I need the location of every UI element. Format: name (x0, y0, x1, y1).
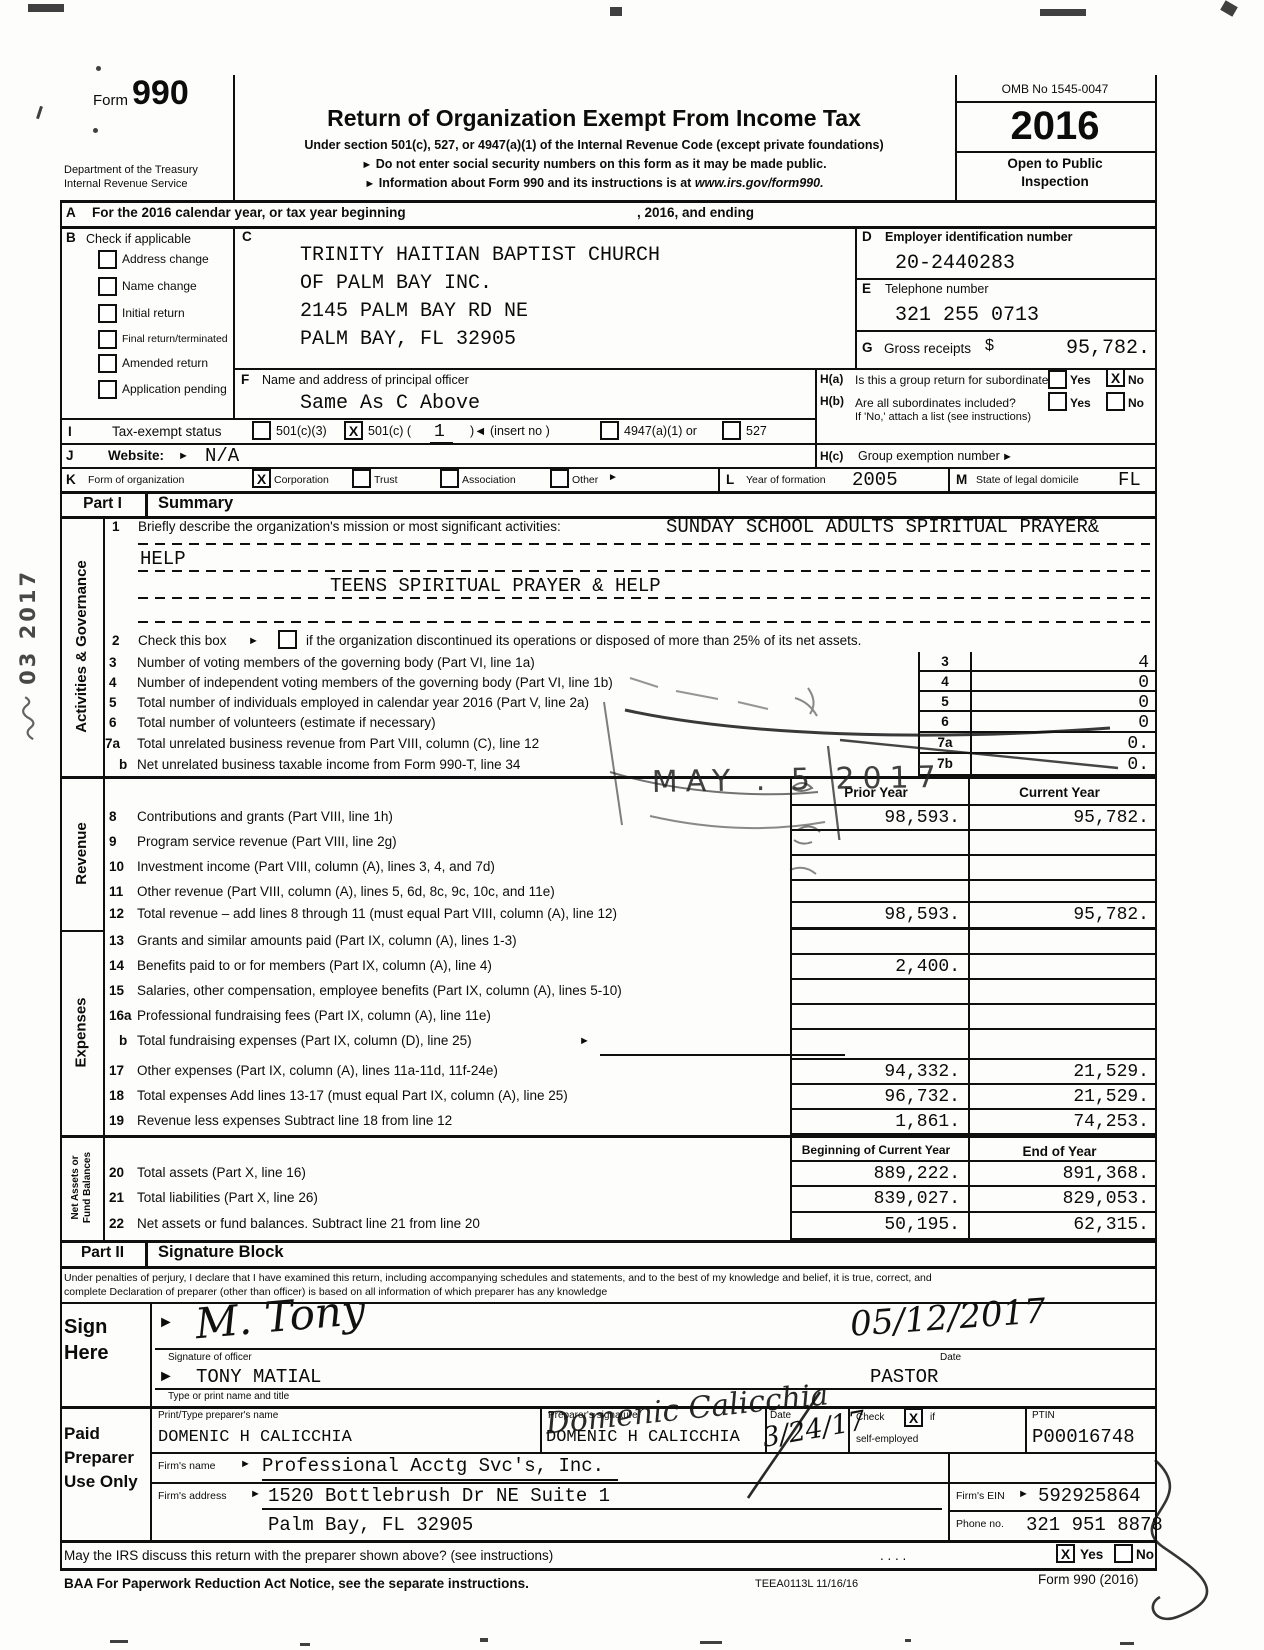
prior-value: 98,593. (790, 903, 968, 930)
row-text: Total assets (Part X, line 16) (137, 1165, 306, 1180)
label-527: 527 (746, 424, 767, 439)
row-text: Total number of individuals employed in … (137, 695, 589, 710)
firm-name-label: Firm's name (158, 1460, 215, 1472)
line-j-title: Website: (108, 448, 164, 464)
side-expenses-text: Expenses (73, 997, 90, 1067)
summary-row-18: 18 Total expenses Add lines 13-17 (must … (103, 1085, 1157, 1110)
part1-label-cell: Part I (60, 491, 148, 516)
scan-artifact (93, 128, 98, 133)
sign-word: Sign (64, 1316, 107, 1339)
perjury-line1: Under penalties of perjury, I declare th… (64, 1272, 932, 1284)
row-text: Other expenses (Part IX, column (A), lin… (137, 1063, 498, 1078)
scan-artifact (905, 1639, 911, 1642)
arrow-icon: ► (1018, 1488, 1029, 1500)
row-num: 14 (109, 958, 124, 973)
checkbox-other (550, 469, 569, 488)
current-value (968, 881, 1157, 903)
ptin-value: P00016748 (1032, 1426, 1135, 1448)
row-text: Net unrelated business taxable income fr… (137, 757, 520, 772)
summary-row-11: 11 Other revenue (Part VIII, column (A),… (103, 881, 1157, 903)
hb-yes-checkbox (1048, 392, 1067, 411)
discuss-yes-checkbox: X (1056, 1544, 1075, 1563)
checkbox-corporation: X (252, 469, 271, 488)
prep-col-divider1 (540, 1406, 542, 1452)
c-f-divider (233, 368, 1157, 370)
line-m-title: State of legal domicile (976, 474, 1079, 486)
prior-value: 94,332. (790, 1060, 968, 1085)
beginning-value: 889,222. (790, 1162, 968, 1187)
mission-dash1 (138, 543, 1150, 545)
hc-label: H(c) (820, 449, 843, 463)
form-instruction2: ► Information about Form 990 and its ins… (233, 176, 955, 190)
scan-artifact (1040, 9, 1086, 16)
officer-name-line (155, 1388, 1155, 1390)
firm-address-line2: Palm Bay, FL 32905 (268, 1514, 473, 1536)
side-revenue-text: Revenue (73, 822, 90, 885)
hb-text: Are all subordinates included? (855, 396, 1016, 410)
officer-date-handwritten: 05/12/2017 (849, 1291, 1047, 1345)
paid-word: Paid (64, 1424, 100, 1444)
side-governance-text: Activities & Governance (73, 560, 90, 733)
d-e-divider (855, 278, 1157, 280)
prep-right-divider (948, 1452, 950, 1540)
stamp-scribble (19, 695, 39, 741)
if-label: if (930, 1412, 935, 1424)
received-stamp: MAY . 5 2017 (590, 640, 1170, 840)
checkbox-4947 (600, 421, 619, 440)
prior-value (790, 980, 968, 1005)
row-num: 6 (109, 715, 117, 730)
side-label-revenue: Revenue (60, 776, 103, 930)
line-a-ending: , 2016, and ending (637, 205, 754, 221)
row-text: Grants and similar amounts paid (Part IX… (137, 933, 517, 948)
discuss-dots: . . . . (880, 1548, 906, 1564)
omb-number: OMB No 1545-0047 (955, 82, 1155, 96)
prior-value (790, 1030, 968, 1060)
year-of-formation: 2005 (852, 469, 898, 491)
instruction2-text: Information about Form 990 and its instr… (379, 176, 695, 190)
line-k-title: Form of organization (88, 474, 184, 486)
box-c-label: C (242, 229, 252, 245)
prior-value: 2,400. (790, 955, 968, 980)
current-value (968, 955, 1157, 980)
label-initial-return: Initial return (122, 306, 185, 320)
end-value: 829,053. (968, 1187, 1157, 1213)
stamp-remnant-marks (780, 770, 870, 890)
phone-value: 321 255 0713 (895, 304, 1039, 327)
label-address-change: Address change (122, 252, 209, 266)
summary-row-22: 22 Net assets or fund balances. Subtract… (103, 1213, 1157, 1240)
discuss-top-line (60, 1540, 1157, 1543)
part1-label: Part I (83, 495, 122, 513)
arrow-icon: ► (158, 1368, 174, 1386)
row-text: Other revenue (Part VIII, column (A), li… (137, 884, 555, 899)
checkbox-501c3 (252, 421, 271, 440)
summary-row-20: 20 Total assets (Part X, line 16) 889,22… (103, 1162, 1157, 1187)
part2-title: Signature Block (158, 1243, 284, 1262)
current-value (968, 1005, 1157, 1030)
phone-label: Phone no. (956, 1518, 1004, 1530)
part2-label: Part II (81, 1244, 124, 1262)
summary-row-14: 14 Benefits paid to or for members (Part… (103, 955, 1157, 980)
line-k-label: K (66, 472, 76, 488)
row-num: 19 (109, 1113, 124, 1128)
row-text: Benefits paid to or for members (Part IX… (137, 958, 492, 973)
row-num: 15 (109, 983, 124, 998)
irs-url: www.irs.gov/form990. (695, 176, 824, 190)
k-l-divider (718, 467, 720, 491)
summary-row-15: 15 Salaries, other compensation, employe… (103, 980, 1157, 1005)
hb-no-checkbox (1106, 392, 1125, 411)
label-trust: Trust (374, 474, 398, 486)
self-employed-checkbox: X (904, 1408, 923, 1427)
row-num: 20 (109, 1165, 124, 1180)
row-num: b (119, 1033, 127, 1048)
scan-artifact (300, 1643, 310, 1646)
self-employed-mark: X (909, 1410, 918, 1426)
row-text: Net assets or fund balances. Subtract li… (137, 1216, 480, 1231)
line-l-label: L (726, 472, 734, 488)
org-city-state-zip: PALM BAY, FL 32905 (300, 328, 516, 351)
checkbox-discontinued (278, 630, 297, 649)
line1-num: 1 (112, 519, 120, 535)
discuss-text: May the IRS discuss this return with the… (64, 1548, 553, 1564)
label-amended-return: Amended return (122, 356, 208, 370)
form-990-page: Form 990 Department of the Treasury Inte… (0, 0, 1264, 1650)
mission-line1: SUNDAY SCHOOL ADULTS SPIRITUAL PRAYER& (666, 516, 1099, 538)
ha-yes-label: Yes (1070, 373, 1091, 387)
preparer-left-divider (150, 1406, 152, 1540)
line-i-title: Tax-exempt status (112, 424, 222, 440)
row-num: 3 (109, 655, 117, 670)
prior-value: 96,732. (790, 1085, 968, 1110)
scan-artifact (610, 7, 622, 16)
gross-receipts-value: 95,782. (1010, 337, 1150, 360)
row-text: Total revenue – add lines 8 through 11 (… (137, 906, 617, 921)
e-g-divider (855, 330, 1157, 332)
side-label-expenses: Expenses (60, 930, 103, 1135)
f-i-divider (60, 418, 817, 420)
left-date-stamp: 03 2017 (2, 540, 54, 770)
cd-divider (855, 226, 857, 368)
ha-no-checkbox: X (1106, 368, 1125, 387)
row-text: Total liabilities (Part X, line 26) (137, 1190, 318, 1205)
row-text: Total fundraising expenses (Part IX, col… (137, 1033, 472, 1048)
box-d-title: Employer identification number (885, 230, 1073, 245)
checkbox-527 (722, 421, 741, 440)
side-net-line2: Fund Balances (82, 1152, 93, 1223)
discuss-bottom-line (60, 1568, 1157, 1571)
beginning-value: 839,027. (790, 1187, 968, 1213)
label-final-return: Final return/terminated (122, 333, 228, 345)
row-num: 22 (109, 1216, 124, 1231)
row-text: Number of independent voting members of … (137, 675, 613, 690)
hb-no-label: No (1128, 396, 1144, 410)
org-name-line2: OF PALM BAY INC. (300, 272, 492, 295)
j-k-divider (60, 467, 1157, 469)
line-j-label: J (66, 448, 74, 464)
line2-pre: Check this box (138, 633, 227, 649)
side-net-line1: Net Assets or (70, 1155, 81, 1219)
row-num: 18 (109, 1088, 124, 1103)
checkbox-amended-return (98, 354, 117, 373)
box-b-title: Check if applicable (86, 232, 191, 247)
row-num: 9 (109, 834, 117, 849)
preparer-signature-slash (700, 1390, 880, 1500)
firm-name-value: Professional Acctg Svc's, Inc. (262, 1455, 618, 1481)
state-of-domicile: FL (1118, 469, 1141, 491)
summary-row-16b: b Total fundraising expenses (Part IX, c… (103, 1030, 1157, 1060)
arrow-icon: ► (248, 635, 259, 647)
prior-value (790, 1005, 968, 1030)
ha-text: Is this a group return for subordinates? (855, 373, 1061, 387)
box-d-label: D (862, 229, 872, 245)
mission-line2: HELP (140, 548, 186, 570)
line-a-text: For the 2016 calendar year, or tax year … (92, 205, 406, 221)
scan-artifact (28, 4, 64, 12)
current-value: 95,782. (968, 903, 1157, 930)
current-value (968, 856, 1157, 881)
label-name-change: Name change (122, 279, 197, 293)
scan-artifact (480, 1638, 488, 1642)
scan-artifact (110, 1640, 128, 1643)
prep-col-divider4 (1025, 1406, 1027, 1452)
corner-handwriting-squiggle (1085, 1455, 1260, 1630)
form-subtitle: Under section 501(c), 527, or 4947(a)(1)… (233, 138, 955, 152)
row-num: 5 (109, 695, 117, 710)
l-m-divider (948, 467, 950, 491)
inspection: Inspection (955, 174, 1155, 190)
checkbox-trust (352, 469, 371, 488)
prior-value (790, 930, 968, 955)
part2-label-cell: Part II (60, 1240, 148, 1266)
form-word: Form (93, 92, 128, 110)
scan-artifact (36, 106, 43, 119)
dept-line2: Internal Revenue Service (64, 178, 188, 191)
label-4947: 4947(a)(1) or (624, 424, 697, 439)
ptin-label: PTIN (1032, 1410, 1055, 1422)
arrow-icon: ► (158, 1314, 174, 1332)
officer-name: TONY MATIAL (196, 1366, 321, 1388)
ha-yes-checkbox (1048, 370, 1067, 389)
current-value: 21,529. (968, 1060, 1157, 1085)
box-g-title: Gross receipts (884, 341, 971, 357)
line-l-title: Year of formation (746, 474, 826, 486)
firm-address-label: Firm's address (158, 1490, 227, 1502)
row-text: Program service revenue (Part VIII, line… (137, 834, 397, 849)
end-value: 891,368. (968, 1162, 1157, 1187)
label-association: Association (462, 474, 516, 486)
arrow-icon: ► (240, 1458, 251, 1470)
open-to-public: Open to Public (955, 156, 1155, 172)
row-num: 12 (109, 906, 124, 921)
row-num: 16a (109, 1008, 132, 1023)
left-stamp-date: 03 2017 (16, 569, 40, 685)
row-text: Revenue less expenses Subtract line 18 f… (137, 1113, 452, 1128)
box-e-label: E (862, 281, 871, 297)
row-text: Investment income (Part VIII, column (A)… (137, 859, 495, 874)
hb-yes-label: Yes (1070, 396, 1091, 410)
checkbox-name-change (98, 277, 117, 296)
baa-notice: BAA For Paperwork Reduction Act Notice, … (64, 1576, 529, 1592)
prep-row1-line (150, 1452, 1157, 1454)
beginning-header: Beginning of Current Year (790, 1138, 968, 1162)
hb-note: If 'No,' attach a list (see instructions… (855, 411, 1031, 424)
omb-divider (955, 101, 1157, 103)
mission-dash4 (138, 621, 1150, 623)
summary-row-10: 10 Investment income (Part VIII, column … (103, 856, 1157, 881)
revenue-expense-strip-divider (60, 930, 103, 932)
row-text: Contributions and grants (Part VIII, lin… (137, 809, 393, 824)
firm-address-line1: 1520 Bottlebrush Dr NE Suite 1 (268, 1485, 610, 1507)
box-g-label: G (862, 340, 873, 356)
dept-line1: Department of the Treasury (64, 164, 198, 177)
arrow-icon: ► (364, 178, 375, 190)
side-label-net-assets: Net Assets or Fund Balances (60, 1135, 103, 1240)
line-i-label: I (68, 424, 72, 440)
mission-line3: TEENS SPIRITUAL PRAYER & HELP (330, 575, 661, 597)
current-value: 21,529. (968, 1085, 1157, 1110)
type-print-label: Type or print name and title (168, 1391, 289, 1403)
ha-no-label: No (1128, 373, 1144, 387)
firm-address-underline (262, 1508, 942, 1510)
end-of-year-header: End of Year (968, 1138, 1157, 1162)
box-e-title: Telephone number (885, 282, 989, 297)
row-num: 8 (109, 809, 117, 824)
preparer-word: Preparer (64, 1448, 134, 1468)
box-b-label: B (66, 230, 76, 246)
summary-row-17: 17 Other expenses (Part IX, column (A), … (103, 1060, 1157, 1085)
form-year: 2016 (955, 104, 1155, 149)
use-only-word: Use Only (64, 1472, 138, 1492)
line-a-bottom (60, 226, 1157, 229)
year-divider (955, 151, 1157, 153)
row-text: Professional fundraising fees (Part IX, … (137, 1008, 491, 1023)
left-stamp-text: 03 2017 (16, 569, 40, 741)
instruction1-text: Do not enter social security numbers on … (376, 157, 827, 171)
hb-label: H(b) (820, 394, 844, 408)
summary-row-12: 12 Total revenue – add lines 8 through 1… (103, 903, 1157, 930)
form-number: 990 (132, 74, 189, 113)
ha-no-mark: X (1111, 370, 1120, 386)
line2-num: 2 (112, 633, 120, 649)
summary-row-21: 21 Total liabilities (Part X, line 26) 8… (103, 1187, 1157, 1213)
scan-artifact (1220, 0, 1238, 17)
label-other: Other (572, 474, 598, 486)
here-word: Here (64, 1342, 108, 1365)
row-num: 7a (105, 736, 120, 751)
summary-row-13: 13 Grants and similar amounts paid (Part… (103, 930, 1157, 955)
teea-code: TEEA0113L 11/16/16 (755, 1578, 858, 1591)
scan-artifact (1120, 1642, 1134, 1645)
part2-bottom-line (60, 1266, 1157, 1269)
row-num: b (119, 757, 127, 772)
arrow-icon: ► (250, 1488, 261, 1500)
current-value (968, 930, 1157, 955)
scan-artifact (96, 66, 101, 71)
box-f-title: Name and address of principal officer (262, 373, 469, 388)
checkbox-address-change (98, 250, 117, 269)
part1-title: Summary (158, 494, 233, 513)
signature-of-officer-label: Signature of officer (168, 1352, 252, 1364)
row-num: 10 (109, 859, 124, 874)
current-value (968, 980, 1157, 1005)
line-a-label: A (66, 205, 76, 221)
preparer-name: DOMENIC H CALICCHIA (158, 1428, 352, 1447)
box-f-label: F (241, 372, 249, 388)
label-corporation: Corporation (274, 474, 329, 486)
prior-value: 1,861. (790, 1110, 968, 1135)
insert-number: 1 (430, 422, 453, 444)
side-label-governance: Activities & Governance (60, 516, 103, 776)
arrow-icon: ► (361, 159, 372, 171)
side-net-text: Net Assets or Fund Balances (70, 1152, 93, 1223)
prep-row2-line (150, 1482, 1157, 1484)
mission-dash2 (138, 570, 1150, 572)
mark-501c: X (349, 423, 358, 439)
row-num: 17 (109, 1063, 124, 1078)
arrow-icon: ► (579, 1035, 590, 1047)
checkbox-association (440, 469, 459, 488)
row-num: 4 (109, 675, 117, 690)
checkbox-501c: X (344, 421, 363, 440)
org-name-line1: TRINITY HAITIAN BAPTIST CHURCH (300, 244, 660, 267)
header-bottom-line (60, 200, 1157, 203)
row-num: 21 (109, 1190, 124, 1205)
arrow-icon: ► (1002, 451, 1013, 463)
balance-columns-header: Beginning of Current Year End of Year (103, 1138, 1157, 1162)
line-m-label: M (956, 472, 967, 488)
preparer-name-label: Print/Type preparer's name (158, 1410, 278, 1422)
checkbox-application-pending (98, 380, 117, 399)
current-value (968, 1030, 1157, 1060)
mission-dash3 (138, 597, 1150, 599)
dollar-sign: $ (985, 337, 994, 356)
current-value: 74,253. (968, 1110, 1157, 1135)
row-text: Salaries, other compensation, employee b… (137, 983, 622, 998)
line1-text: Briefly describe the organization's miss… (138, 519, 561, 535)
sign-left-divider (150, 1302, 152, 1406)
end-value: 62,315. (968, 1213, 1157, 1240)
officer-sig-line (155, 1348, 1155, 1350)
beginning-value: 50,195. (790, 1213, 968, 1240)
row-text: Total unrelated business revenue from Pa… (137, 736, 539, 751)
firm-ein-label: Firm's EIN (956, 1490, 1005, 1502)
website-value: N/A (205, 445, 239, 467)
ein-value: 20-2440283 (895, 252, 1015, 275)
row-num: 13 (109, 933, 124, 948)
principal-officer-value: Same As C Above (300, 392, 480, 415)
summary-row-16a: 16a Professional fundraising fees (Part … (103, 1005, 1157, 1030)
label-application-pending: Application pending (122, 382, 227, 396)
org-street: 2145 PALM BAY RD NE (300, 300, 528, 323)
checkbox-final-return (98, 330, 117, 349)
bc-divider (233, 226, 235, 418)
form-instruction1: ► Do not enter social security numbers o… (233, 157, 955, 171)
label-501c: 501(c) ( (368, 424, 411, 439)
form-title: Return of Organization Exempt From Incom… (233, 105, 955, 132)
row-text: Number of voting members of the governin… (137, 655, 535, 670)
officer-title: PASTOR (870, 1366, 938, 1388)
summary-row-19: 19 Revenue less expenses Subtract line 1… (103, 1110, 1157, 1135)
row-text: Total expenses Add lines 13-17 (must equ… (137, 1088, 568, 1103)
row-text: Total number of volunteers (estimate if … (137, 715, 436, 730)
j-h-divider (815, 443, 817, 467)
arrow-icon: ► (178, 450, 189, 462)
arrow-icon: ► (608, 472, 618, 483)
label-insert-no: )◄ (insert no ) (470, 424, 550, 439)
scan-artifact (700, 1641, 722, 1644)
